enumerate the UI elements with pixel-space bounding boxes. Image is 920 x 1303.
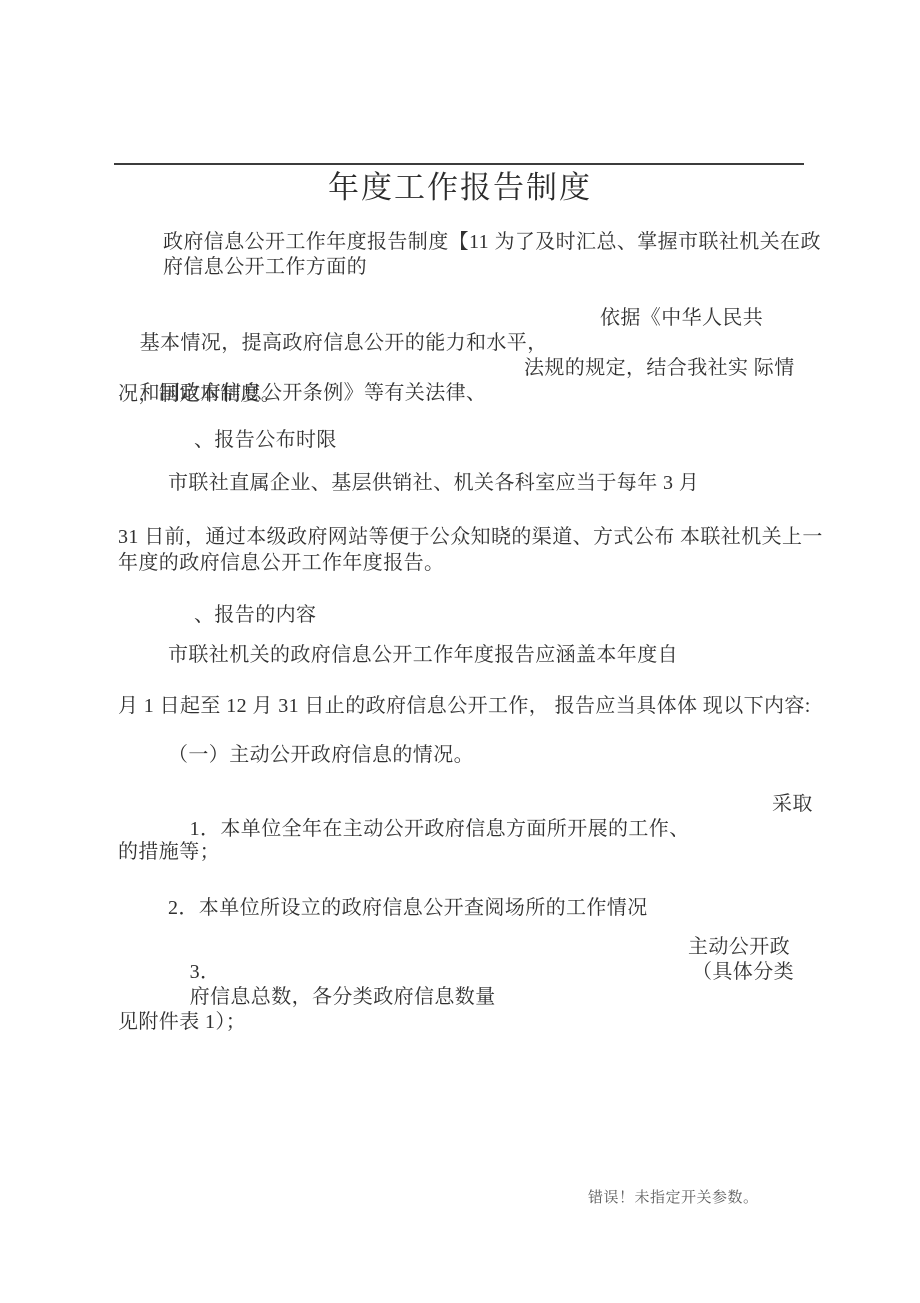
paragraph-line: 1．本单位全年在主动公开政府信息方面所开展的工作、 采取 (168, 792, 828, 892)
page-title: 年度工作报告制度 (0, 168, 920, 208)
paragraph-line: 府信息公开工作方面的 (163, 255, 367, 280)
paragraph-line: 的措施等； (118, 840, 220, 865)
text-segment: 1．本单位全年在主动公开政府信息方面所开展的工作、 (190, 818, 690, 840)
paragraph-line: 月 1 日起至 12 月 31 日止的政府信息公开工作， 报告应当具体体 现以下… (118, 694, 811, 719)
paragraph-line: 见附件表 1）； (118, 1010, 246, 1035)
paragraph-line: 府信息总数，各分类政府信息数量 （具体分类 (168, 960, 828, 1060)
paragraph-line: 况，制定本制度。 (118, 382, 281, 407)
paragraph-line: 市联社直属企业、基层供销社、机关各科室应当于每年 3 月 (168, 471, 699, 496)
paragraph-line: 政府信息公开工作年度报告制度【11 为了及时汇总、掌握市联社机关在政 (163, 230, 821, 255)
field-error-text: 错误！未指定开关参数。 (588, 1188, 759, 1208)
paragraph-line: 市联社机关的政府信息公开工作年度报告应涵盖本年度自 (168, 643, 678, 668)
text-segment: 法规的规定，结合我社实 际情 (524, 356, 795, 381)
section-heading: 、报告的内容 (194, 603, 316, 628)
document-page: 年度工作报告制度 政府信息公开工作年度报告制度【11 为了及时汇总、掌握市联社机… (0, 0, 920, 1303)
text-segment: 主动公开政 (688, 935, 790, 960)
paragraph-line: 31 日前，通过本级政府网站等便于公众知晓的渠道、方式公布 本联社机关上一 (118, 525, 823, 550)
paragraph-line: 年度的政府信息公开工作年度报告。 (118, 551, 444, 576)
text-segment: （具体分类 (692, 960, 794, 985)
text-segment: 府信息总数，各分类政府信息数量 (190, 986, 496, 1008)
paragraph-line: （一）主动公开政府信息的情况。 (168, 743, 474, 768)
text-segment: 依据《中华人民共 (600, 306, 763, 331)
text-segment: 采取 (772, 792, 813, 817)
text-segment: 基本情况，提高政府信息公开的能力和水平， (140, 332, 548, 354)
paragraph-line: 2．本单位所设立的政府信息公开查阅场所的工作情况 (168, 896, 648, 921)
horizontal-rule (114, 163, 804, 165)
section-heading: 、报告公布时限 (194, 428, 337, 453)
